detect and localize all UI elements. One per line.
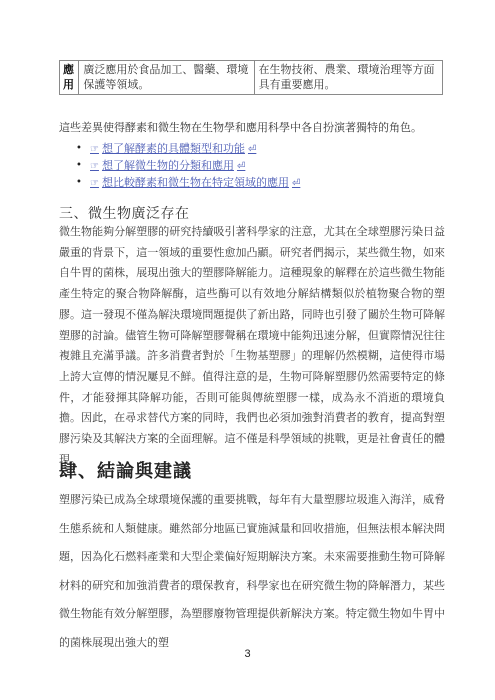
link-label: 想了解酵素的具體類型和功能: [102, 142, 245, 155]
link-label: 想了解微生物的分類和應用: [102, 159, 234, 172]
bullet-icon: •: [76, 175, 82, 191]
list-item: • ☞想比較酵素和微生物在特定領域的應用⏎: [76, 175, 300, 192]
related-link-enzyme-types[interactable]: ☞想了解酵素的具體類型和功能⏎: [90, 142, 256, 155]
pointing-hand-icon: ☞: [90, 144, 99, 155]
section-body-conclusion: 塑膠污染已成為全球環境保護的重要挑戰，每年有大量塑膠垃圾進入海洋，威脅生態系統和…: [59, 486, 445, 658]
table-row-application: 應用 廣泛應用於食品加工、醫藥、環境保護等領域。 在生物技術、農業、環境治理等方…: [60, 61, 443, 95]
pointing-hand-icon: ☞: [90, 161, 99, 172]
related-links-list: • ☞想了解酵素的具體類型和功能⏎ • ☞想了解微生物的分類和應用⏎ • ☞想比…: [76, 141, 300, 192]
link-label: 想比較酵素和微生物在特定領域的應用: [102, 176, 289, 189]
related-link-microbe-classification[interactable]: ☞想了解微生物的分類和應用⏎: [90, 159, 245, 172]
row-label-cell: 應用: [60, 61, 79, 95]
return-icon: ⏎: [248, 144, 256, 155]
pointing-hand-icon: ☞: [90, 178, 99, 189]
section-heading-conclusion: 肆、結論與建議: [59, 457, 192, 483]
microbe-application-cell: 在生物技術、農業、環境治理等方面具有重要應用。: [254, 61, 442, 95]
enzyme-application-cell: 廣泛應用於食品加工、醫藥、環境保護等領域。: [79, 61, 254, 95]
bullet-icon: •: [76, 141, 82, 157]
return-icon: ⏎: [292, 178, 300, 189]
list-item: • ☞想了解酵素的具體類型和功能⏎: [76, 141, 300, 158]
comparison-table: 應用 廣泛應用於食品加工、醫藥、環境保護等領域。 在生物技術、農業、環境治理等方…: [59, 60, 443, 95]
related-link-compare-applications[interactable]: ☞想比較酵素和微生物在特定領域的應用⏎: [90, 176, 300, 189]
summary-sentence: 這些差異使得酵素和微生物在生物學和應用科學中各自扮演著獨特的角色。: [59, 120, 449, 135]
section-body-microbes: 微生物能夠分解塑膠的研究持續吸引著科學家的注意，尤其在全球塑膠污染日益嚴重的背景…: [59, 222, 445, 470]
bullet-icon: •: [76, 158, 82, 174]
list-item: • ☞想了解微生物的分類和應用⏎: [76, 158, 300, 175]
section-heading-microbes: 三、微生物廣泛存在: [59, 203, 190, 223]
return-icon: ⏎: [237, 161, 245, 172]
document-page: 應用 廣泛應用於食品加工、醫藥、環境保護等領域。 在生物技術、農業、環境治理等方…: [0, 0, 495, 700]
page-number: 3: [0, 648, 495, 660]
